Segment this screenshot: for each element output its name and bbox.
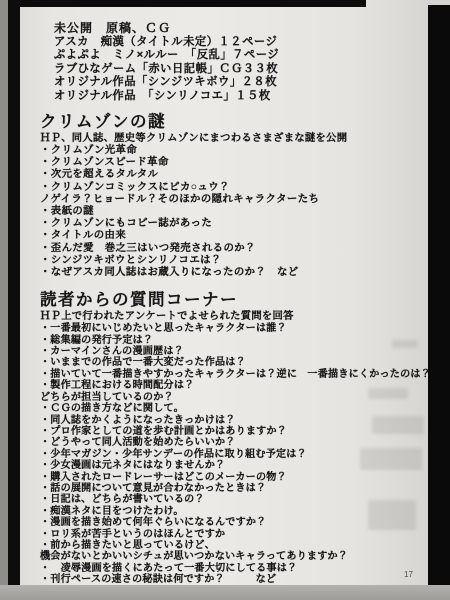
list-item: ・日記は、どちらが書いているの？ <box>40 494 426 505</box>
list-item: ・なぜアスカ同人誌はお蔵入りになったのか？ など <box>40 267 426 279</box>
reader-questions-intro: ＨＰ上で行われたアンケートでよせられた質問を回答 <box>40 310 426 323</box>
scan-edge-top <box>0 0 366 7</box>
scan-edge-bottom <box>0 585 450 600</box>
list-item: ・いままでの作品で一番大変だった作品は？ <box>40 357 426 368</box>
list-item: ・クリムゾンコミックスにピカ○ュウ？ <box>40 182 426 194</box>
list-item: ノゲイラ？ヒョードル？そのほかの隠れキャラクターたち <box>40 194 426 206</box>
list-item: オリジナル作品「シンジツキボウ」２８枚 <box>54 76 426 89</box>
list-item: ・少年マガジン・少年サンデーの作品に取り組む予定は？ <box>40 449 426 460</box>
list-item: ・購入されたロードレーサーはどこのメーカーの物？ <box>40 472 426 483</box>
list-item: ・同人誌をかくようになったきっかけは？ <box>40 415 426 426</box>
list-item: ・タイトルの由来 <box>40 230 426 242</box>
list-item: ・クリムゾンにもコピー誌があった <box>40 218 426 230</box>
list-item: ・歪んだ愛 巻之三はいつ発売されるのか？ <box>40 243 426 255</box>
list-item: ・前から描きたいと思っているけど、 <box>40 540 426 551</box>
list-item: アスカ 痴漢（タイトル未定）１２ページ <box>54 36 426 49</box>
list-item: ぷよぷよ ミノ×ルルー 「反乱」７ページ <box>54 49 426 62</box>
list-item: ・シンジツキボウとシンリノコエは？ <box>40 255 426 267</box>
list-item: ・ 凌辱漫画を描くにあたって一番大切にしてる事は？ <box>40 563 426 574</box>
reader-questions-section: 読者からの質問コーナー ＨＰ上で行われたアンケートでよせられた質問を回答 ・一番… <box>40 290 426 585</box>
list-item: ・プロ作家としての道を歩む計画とかはありますか？ <box>40 426 426 437</box>
page-content: 未公開 原稿、ＣＧ アスカ 痴漢（タイトル未定）１２ページぷよぷよ ミノ×ルルー… <box>40 21 426 586</box>
reader-questions-heading: 読者からの質問コーナー <box>40 290 426 310</box>
list-item: ・クリムゾン光革命 <box>40 145 426 157</box>
list-item: 機会がないとかいいシチュが思いつかないキャラってありますか？ <box>40 551 426 562</box>
list-item: ・ＣＧの描き方などに関して。 <box>40 403 426 414</box>
list-item: ・ロリ系が苦手というのはほんとですか <box>40 529 426 540</box>
list-item: ・描いていて一番描きやすかったキャラクターは？逆に 一番描きにくかったのは？ <box>40 369 426 380</box>
list-item: ・次元を超えるタルタル <box>40 169 426 181</box>
scanned-page: 未公開 原稿、ＣＧ アスカ 痴漢（タイトル未定）１２ページぷよぷよ ミノ×ルルー… <box>0 0 450 600</box>
list-item: ・少女漫画は元ネタにはなりませんか？ <box>40 460 426 471</box>
page-number: 17 <box>404 570 413 579</box>
list-item: ・クリムゾンスピード革命 <box>40 157 426 169</box>
list-item: ・痴漢ネタに目をつけたわけ。 <box>40 506 426 517</box>
list-item: ・漫画を描き始めて何年ぐらいになるんですか？ <box>40 517 426 528</box>
crimson-mystery-section: クリムゾンの謎 ＨＰ、同人誌、歴史等クリムゾンにまつわるさまざまな謎を公開 ・ク… <box>40 112 426 279</box>
list-item: ラブひなゲーム「赤い日記帳」ＣＧ３３枚 <box>54 63 426 76</box>
list-item: ・話の展開について意見が合わなかったときは？ <box>40 483 426 494</box>
list-item: ・製作工程における時間配分は？ <box>40 380 426 391</box>
list-item: ・総集編の発行予定は？ <box>40 335 426 346</box>
list-item: ・一番最初にいじめたいと思ったキャラクターは誰？ <box>40 323 426 334</box>
unpublished-works-title: 未公開 原稿、ＣＧ <box>54 21 426 36</box>
scan-edge-left <box>8 0 20 600</box>
crimson-mystery-intro: ＨＰ、同人誌、歴史等クリムゾンにまつわるさまざまな謎を公開 <box>40 132 426 145</box>
list-item: どちらが担当しているのか？ <box>40 392 426 403</box>
list-item: ・表紙の謎 <box>40 206 426 218</box>
crimson-mystery-heading: クリムゾンの謎 <box>40 112 426 132</box>
list-item: ・カーマインさんの漫画歴は？ <box>40 346 426 357</box>
list-item: ・どうやって同人活動を始めたらいいか？ <box>40 437 426 448</box>
crimson-mystery-list: ・クリムゾン光革命・クリムゾンスピード革命・次元を超えるタルタル・クリムゾンコミ… <box>40 145 426 279</box>
list-item: オリジナル作品 「シンリノコエ」１５枚 <box>54 90 426 103</box>
list-item: ・刊行ペースの速さの秘訣は何ですか？ など <box>40 574 426 585</box>
reader-questions-list: ・一番最初にいじめたいと思ったキャラクターは誰？・総集編の発行予定は？・カーマイ… <box>40 323 426 585</box>
scan-edge-left-outer <box>0 0 8 600</box>
unpublished-works-section: 未公開 原稿、ＣＧ アスカ 痴漢（タイトル未定）１２ページぷよぷよ ミノ×ルルー… <box>54 21 426 103</box>
scan-edge-right <box>428 5 450 600</box>
unpublished-works-list: アスカ 痴漢（タイトル未定）１２ページぷよぷよ ミノ×ルルー 「反乱」７ページラ… <box>54 36 426 103</box>
